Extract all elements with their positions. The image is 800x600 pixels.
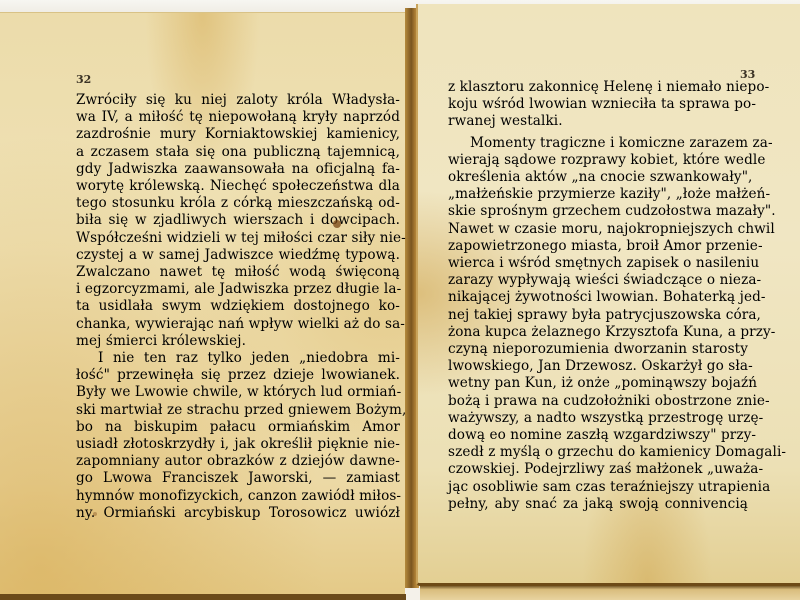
- text-line: Momenty tragiczne i komiczne zarazem za-: [448, 135, 748, 152]
- text-line: zapowietrzonego miasta, broił Amor przen…: [448, 238, 748, 255]
- text-line: ta usidlała swym wdziękiem dostojnego ko…: [76, 298, 400, 315]
- page-edges: [420, 585, 800, 600]
- text-line: hymnów monofizyckich, canzon zawiódł mił…: [76, 488, 400, 505]
- text-line: żona kupca żelaznego Krzysztofa Kuna, a …: [448, 324, 748, 341]
- text-line: wierca i wśród smętnych zapisek o nasile…: [448, 255, 748, 272]
- text-line: nej takiej sprawy była patrycjuszowska c…: [448, 307, 748, 324]
- text-line: biła się w zjadliwych wierszach i dowcip…: [76, 212, 400, 229]
- text-line: zazdrośnie mury Korniaktowskiej kamienic…: [76, 126, 400, 143]
- text-line: ny. Ormiański arcybiskup Torosowicz uwió…: [76, 505, 400, 522]
- text-line: szedł z myślą o grzechu do kamienicy Dom…: [448, 444, 748, 461]
- text-line: czowskiej. Podejrzliwy zaś małżonek „uwa…: [448, 461, 748, 478]
- text-line: bo na biskupim pałacu ormiańskim Amor: [76, 419, 400, 436]
- text-line: „małżeńskie przymierze kaziły", „łoże ma…: [448, 186, 748, 203]
- text-line: skie sprośnym grzechem cudzołostwa mazał…: [448, 203, 748, 220]
- text-line: bożą i prawa na cudzołożniki obostrzone …: [448, 393, 748, 410]
- text-line: Nawet w czasie moru, najokropniejszych c…: [448, 221, 748, 238]
- text-line: zarazy wypływają wieści świadczące o nie…: [448, 272, 748, 289]
- text-line: I nie ten raz tylko jeden „niedobra mi-: [76, 350, 400, 367]
- text-line: łość" przewinęła się przez dzieje lwowia…: [76, 367, 400, 384]
- text-line: czyną nieporozumienia dworzanin starosty: [448, 341, 748, 358]
- text-line: pełny, aby snać za jaką swoją connivenci…: [448, 496, 748, 513]
- text-line: lwowskiego, Jan Drzewosz. Oskarżył go sł…: [448, 358, 748, 375]
- text-line: tego stosunku króla z córką mieszczańską…: [76, 195, 400, 212]
- text-line: i egzorcyzmami, ale Jadwiszka przez dług…: [76, 281, 400, 298]
- text-line: ważywszy, a nadto wszystką przestrogę ur…: [448, 410, 748, 427]
- text-line: wa IV, a miłość tę niepowołaną kryły nap…: [76, 109, 400, 126]
- right-page-text: z klasztoru zakonnicę Helenę i niemało n…: [448, 79, 748, 513]
- page-edge-shadow: [0, 594, 406, 600]
- text-line: Zwróciły się ku niej zaloty króla Władys…: [76, 92, 400, 109]
- text-line: mej śmierci królewskiej.: [76, 333, 400, 350]
- text-line: gdy Jadwiszka zaawansowała na oficjalną …: [76, 161, 400, 178]
- paper-speck: [93, 512, 97, 516]
- text-line: określenia aktów „na cnocie szwankowały"…: [448, 169, 748, 186]
- text-line: wetny pan Kun, iż onże „pominąwszy bojaź…: [448, 375, 748, 392]
- text-line: a zczasem stała się ona publiczną tajemn…: [76, 144, 400, 161]
- text-line: dową eo nomine zaszłą wzgardziwszy" przy…: [448, 427, 748, 444]
- text-line: ski martwiał ze strachu przed gniewem Bo…: [76, 402, 400, 419]
- text-line: czystej a w samej Jadwiszce wiedźmę typo…: [76, 247, 400, 264]
- text-line: wierają sądowe rozprawy kobiet, które we…: [448, 152, 748, 169]
- ink-stain: [333, 220, 341, 228]
- text-line: rwanej westalki.: [448, 113, 748, 130]
- text-line: usiadł złotoskrzydły i, jak określił pię…: [76, 436, 400, 453]
- text-line: Współcześni widzieli w tej miłości czar …: [76, 230, 400, 247]
- page-number-left: 32: [76, 73, 91, 86]
- text-line: chanka, wywierając nań wpływ wielki aż d…: [76, 316, 400, 333]
- text-line: Zwalczano nawet tę miłość wodą święconą: [76, 264, 400, 281]
- text-line: zapomniany autor obrazków z dziejów dawn…: [76, 453, 400, 470]
- text-line: go Lwowa Franciszek Jaworski, — zamiast: [76, 470, 400, 487]
- text-line: nikającej żywotności lwowian. Bohaterką …: [448, 289, 748, 306]
- text-line: koju wśród lwowian wznieciła ta sprawa p…: [448, 96, 748, 113]
- text-line: worytę królewską. Niechęć społeczeństwa …: [76, 178, 400, 195]
- text-line: jąc osobliwie sam czas teraźniejszy utra…: [448, 479, 748, 496]
- text-line: z klasztoru zakonnicę Helenę i niemało n…: [448, 79, 748, 96]
- text-line: Były we Lwowie chwile, w których lud orm…: [76, 384, 400, 401]
- left-page-text: Zwróciły się ku niej zaloty króla Władys…: [76, 92, 400, 522]
